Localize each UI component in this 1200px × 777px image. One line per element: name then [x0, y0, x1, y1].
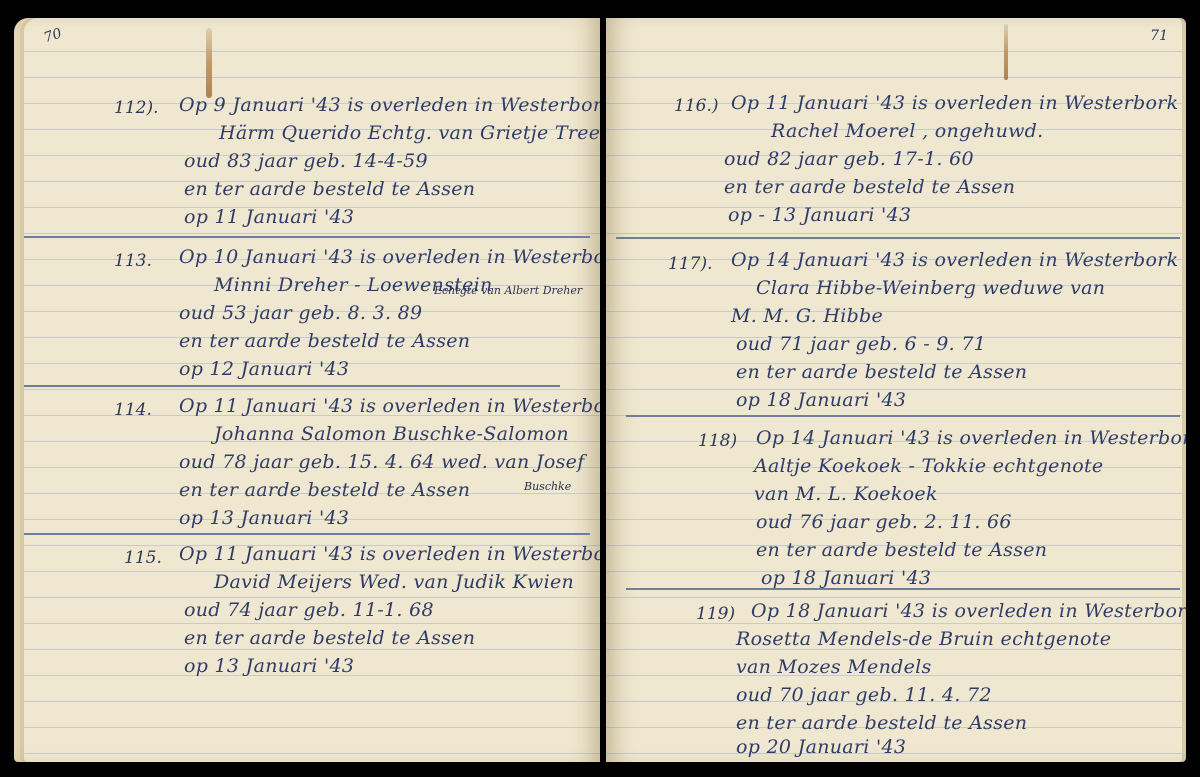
entry-line: oud 53 jaar geb. 8. 3. 89 — [179, 302, 422, 324]
page-number: 71 — [1150, 28, 1168, 44]
entry-line: op 13 Januari '43 — [184, 655, 354, 677]
entry-line: oud 83 jaar geb. 14-4-59 — [184, 150, 428, 172]
entry-line: van M. L. Koekoek — [754, 483, 938, 505]
entry-line: Härm Querido Echtg. van Grietje Treese — [219, 122, 600, 144]
entry-number: 117). — [668, 254, 712, 274]
entry-line: Op 14 Januari '43 is overleden in Wester… — [756, 427, 1186, 449]
entry-line: en ter aarde besteld te Assen — [179, 479, 470, 501]
left-page: 70 112). Op 9 Januari '43 is overleden i… — [14, 18, 600, 762]
entry-line: oud 71 jaar geb. 6 - 9. 71 — [736, 333, 986, 355]
entry-line: Clara Hibbe-Weinberg weduwe van — [756, 277, 1105, 299]
entry-line: oud 82 jaar geb. 17-1. 60 — [724, 148, 974, 170]
entry-number: 115. — [124, 548, 162, 568]
entry-line: M. M. G. Hibbe — [731, 305, 883, 327]
entry-line: en ter aarde besteld te Assen — [184, 178, 475, 200]
entry-line: David Meijers Wed. van Judik Kwien — [214, 571, 574, 593]
entry-line: oud 76 jaar geb. 2. 11. 66 — [756, 511, 1012, 533]
page-number: 70 — [42, 26, 64, 47]
entry-divider — [616, 237, 1180, 239]
entry-line: Rosetta Mendels-de Bruin echtgenote — [736, 628, 1111, 650]
entry-number: 114. — [114, 400, 152, 420]
paper-stain — [206, 28, 212, 98]
entry-line: Op 14 Januari '43 is overleden in Wester… — [731, 249, 1178, 271]
entry-divider — [24, 236, 590, 238]
entry-line: oud 70 jaar geb. 11. 4. 72 — [736, 684, 992, 706]
entry-line: oud 78 jaar geb. 15. 4. 64 wed. van Jose… — [179, 451, 585, 473]
entry-line: op 13 Januari '43 — [179, 507, 349, 529]
entry-line: Op 10 Januari '43 is overleden in Wester… — [179, 246, 600, 268]
entry-line: Op 11 Januari '43 is overleden in Wester… — [179, 395, 600, 417]
entry-divider — [626, 415, 1180, 417]
entry-line: Johanna Salomon Buschke-Salomon — [214, 423, 569, 445]
entry-line: en ter aarde besteld te Assen — [756, 539, 1047, 561]
entry-line: en ter aarde besteld te Assen — [736, 712, 1027, 734]
entry-line: en ter aarde besteld te Assen — [184, 627, 475, 649]
right-page: 71 116.) Op 11 Januari '43 is overleden … — [606, 18, 1186, 762]
entry-line: Rachel Moerel , ongehuwd. — [771, 120, 1044, 142]
entry-line: op 20 Januari '43 — [736, 736, 906, 758]
entry-line: op 18 Januari '43 — [761, 567, 931, 589]
entry-line: op 18 Januari '43 — [736, 389, 906, 411]
paper-stain — [1004, 24, 1008, 80]
entry-line: en ter aarde besteld te Assen — [724, 176, 1015, 198]
entry-line: en ter aarde besteld te Assen — [736, 361, 1027, 383]
entry-line: oud 74 jaar geb. 11-1. 68 — [184, 599, 434, 621]
entry-number: 118) — [698, 431, 737, 451]
entry-divider — [24, 385, 560, 387]
entry-number: 112). — [114, 98, 158, 118]
entry-line: Op 11 Januari '43 is overleden in Wester… — [179, 543, 600, 565]
entry-number: 116.) — [674, 96, 718, 116]
entry-line: en ter aarde besteld te Assen — [179, 330, 470, 352]
open-notebook: 70 112). Op 9 Januari '43 is overleden i… — [8, 14, 1194, 766]
entry-number: 113. — [114, 251, 152, 271]
margin-annotation: Echtgte van Albert Dreher — [434, 284, 582, 297]
entry-line: op 12 Januari '43 — [179, 358, 349, 380]
entry-divider — [24, 533, 590, 535]
entry-line: op - 13 Januari '43 — [728, 204, 911, 226]
entry-line: op 11 Januari '43 — [184, 206, 354, 228]
entry-line: Op 18 Januari '43 is overleden in Wester… — [751, 600, 1186, 622]
entry-divider — [626, 588, 1180, 590]
margin-annotation: Buschke — [524, 480, 571, 493]
entry-line: Aaltje Koekoek - Tokkie echtgenote — [754, 455, 1103, 477]
entry-line: Op 11 Januari '43 is overleden in Wester… — [731, 92, 1178, 114]
entry-number: 119) — [696, 604, 735, 624]
entry-line: Op 9 Januari '43 is overleden in Westerb… — [179, 94, 600, 116]
entry-line: van Mozes Mendels — [736, 656, 932, 678]
